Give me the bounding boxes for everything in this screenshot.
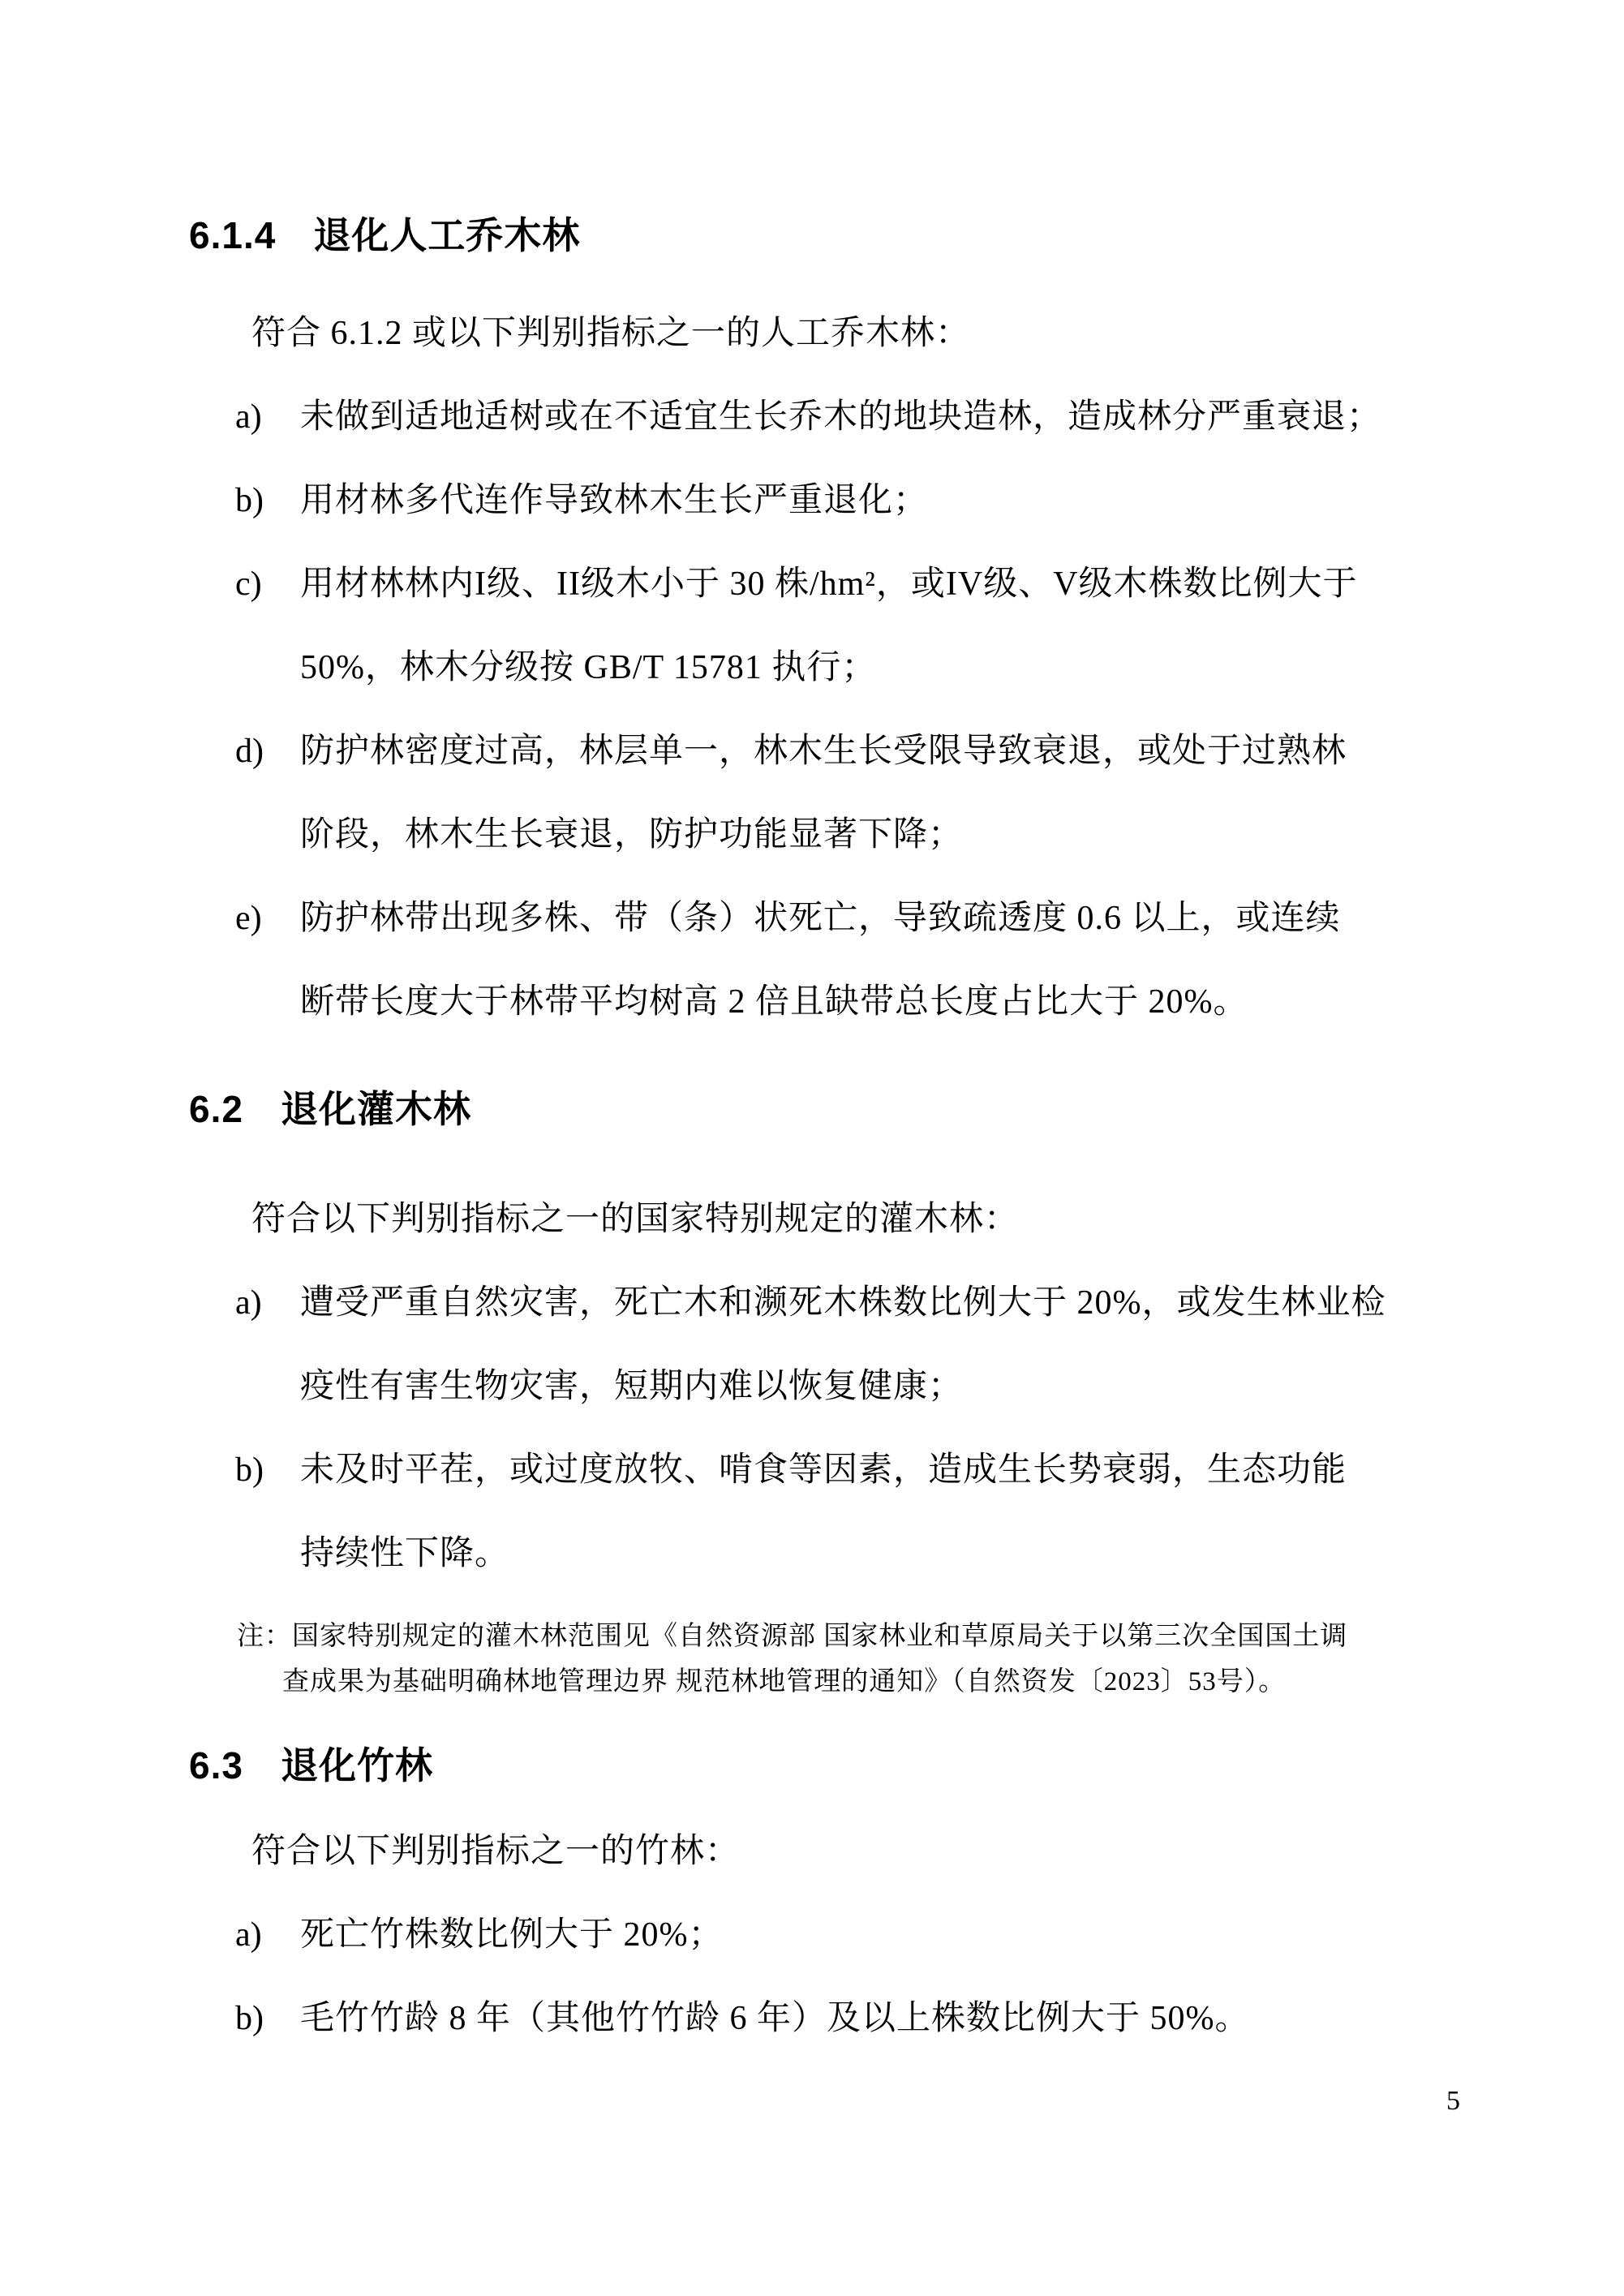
list-line: e)防护林带出现多株、带（条）状死亡，导致疏透度 0.6 以上，或连续 bbox=[235, 877, 1487, 961]
list-line: a)未做到适地适树或在不适宜生长乔木的地块造林，造成林分严重衰退； bbox=[235, 376, 1487, 459]
note-line: 查成果为基础明确林地管理边界 规范林地管理的通知》（自然资发〔2023〕53号）… bbox=[282, 1659, 1487, 1705]
list-item-614-e: e)防护林带出现多株、带（条）状死亡，导致疏透度 0.6 以上，或连续 断带长度… bbox=[189, 877, 1487, 1044]
list-marker: a) bbox=[235, 1894, 300, 1977]
note-62: 注：国家特别规定的灌木林范围见《自然资源部 国家林业和草原局关于以第三次全国国土… bbox=[189, 1614, 1487, 1705]
section-63-heading: 6.3退化竹林 bbox=[189, 1741, 1487, 1790]
list-text: 未做到适地适树或在不适宜生长乔木的地块造林，造成林分严重衰退； bbox=[300, 398, 1381, 436]
list-line: 50%，林木分级按 GB/T 15781 执行； bbox=[300, 626, 1487, 710]
list-item-63-b: b)毛竹竹龄 8 年（其他竹竹龄 6 年）及以上株数比例大于 50%。 bbox=[189, 1977, 1487, 2061]
list-item-614-d: d)防护林密度过高，林层单一，林木生长受限导致衰退，或处于过熟林 阶段，林木生长… bbox=[189, 710, 1487, 877]
list-text: 死亡竹株数比例大于 20%； bbox=[300, 1916, 724, 1954]
list-line: b)用材林多代连作导致林木生长严重退化； bbox=[235, 459, 1487, 543]
list-marker: e) bbox=[235, 877, 300, 961]
section-63-intro: 符合以下判别指标之一的竹林： bbox=[189, 1810, 1487, 1894]
list-line: a)遭受严重自然灾害，死亡木和濒死木株数比例大于 20%，或发生林业检 bbox=[235, 1262, 1487, 1345]
note-line: 注：国家特别规定的灌木林范围见《自然资源部 国家林业和草原局关于以第三次全国国土… bbox=[237, 1614, 1487, 1659]
section-614-title: 退化人工乔木林 bbox=[313, 214, 580, 256]
section-63-title: 退化竹林 bbox=[281, 1744, 433, 1786]
list-line: 断带长度大于林带平均树高 2 倍且缺带总长度占比大于 20%。 bbox=[300, 961, 1487, 1044]
list-line: b)未及时平茬，或过度放牧、啃食等因素，造成生长势衰弱，生态功能 bbox=[235, 1429, 1487, 1512]
section-614-intro: 符合 6.1.2 或以下判别指标之一的人工乔木林： bbox=[189, 292, 1487, 376]
list-marker: d) bbox=[235, 710, 300, 793]
section-62-title: 退化灌木林 bbox=[281, 1088, 471, 1130]
list-item-614-c: c)用材林林内I级、II级木小于 30 株/hm²，或IV级、V级木株数比例大于… bbox=[189, 543, 1487, 710]
list-item-63-a: a)死亡竹株数比例大于 20%； bbox=[189, 1894, 1487, 1977]
list-line: b)毛竹竹龄 8 年（其他竹竹龄 6 年）及以上株数比例大于 50%。 bbox=[235, 1977, 1487, 2061]
section-62-heading: 6.2退化灌木林 bbox=[189, 1085, 1487, 1133]
list-text: 遭受严重自然灾害，死亡木和濒死木株数比例大于 20%，或发生林业检 bbox=[300, 1284, 1386, 1322]
list-item-614-b: b)用材林多代连作导致林木生长严重退化； bbox=[189, 459, 1487, 543]
list-line: d)防护林密度过高，林层单一，林木生长受限导致衰退，或处于过熟林 bbox=[235, 710, 1487, 793]
page-content: 6.1.4退化人工乔木林 符合 6.1.2 或以下判别指标之一的人工乔木林： a… bbox=[189, 0, 1487, 2061]
list-line: a)死亡竹株数比例大于 20%； bbox=[235, 1894, 1487, 1977]
list-text: 毛竹竹龄 8 年（其他竹竹龄 6 年）及以上株数比例大于 50%。 bbox=[300, 2000, 1250, 2037]
list-text: 用材林多代连作导致林木生长严重退化； bbox=[300, 482, 928, 519]
section-62-number: 6.2 bbox=[189, 1088, 243, 1130]
list-marker: a) bbox=[235, 1262, 300, 1345]
list-item-62-a: a)遭受严重自然灾害，死亡木和濒死木株数比例大于 20%，或发生林业检 疫性有害… bbox=[189, 1262, 1487, 1429]
section-63-number: 6.3 bbox=[189, 1744, 243, 1786]
list-marker: a) bbox=[235, 376, 300, 459]
list-line: c)用材林林内I级、II级木小于 30 株/hm²，或IV级、V级木株数比例大于 bbox=[235, 543, 1487, 626]
list-line: 阶段，林木生长衰退，防护功能显著下降； bbox=[300, 793, 1487, 877]
list-line: 疫性有害生物灾害，短期内难以恢复健康； bbox=[300, 1345, 1487, 1429]
list-marker: b) bbox=[235, 1977, 300, 2061]
section-614-heading: 6.1.4退化人工乔木林 bbox=[189, 211, 1487, 260]
note-text: 国家特别规定的灌木林范围见《自然资源部 国家林业和草原局关于以第三次全国国土调 bbox=[292, 1622, 1347, 1651]
list-text: 用材林林内I级、II级木小于 30 株/hm²，或IV级、V级木株数比例大于 bbox=[300, 565, 1358, 603]
section-62-intro: 符合以下判别指标之一的国家特别规定的灌木林： bbox=[189, 1178, 1487, 1262]
list-text: 未及时平茬，或过度放牧、啃食等因素，造成生长势衰弱，生态功能 bbox=[300, 1451, 1347, 1489]
page-number: 5 bbox=[1446, 2085, 1460, 2118]
list-marker: c) bbox=[235, 543, 300, 626]
list-item-62-b: b)未及时平茬，或过度放牧、啃食等因素，造成生长势衰弱，生态功能 持续性下降。 bbox=[189, 1429, 1487, 1596]
document-page: 6.1.4退化人工乔木林 符合 6.1.2 或以下判别指标之一的人工乔木林： a… bbox=[0, 0, 1624, 2296]
list-item-614-a: a)未做到适地适树或在不适宜生长乔木的地块造林，造成林分严重衰退； bbox=[189, 376, 1487, 459]
list-marker: b) bbox=[235, 459, 300, 543]
list-text: 防护林密度过高，林层单一，林木生长受限导致衰退，或处于过熟林 bbox=[300, 733, 1347, 770]
list-marker: b) bbox=[235, 1429, 300, 1512]
section-614-number: 6.1.4 bbox=[189, 214, 276, 256]
list-text: 防护林带出现多株、带（条）状死亡，导致疏透度 0.6 以上，或连续 bbox=[300, 900, 1341, 937]
note-marker: 注： bbox=[237, 1622, 292, 1651]
list-line: 持续性下降。 bbox=[300, 1512, 1487, 1596]
